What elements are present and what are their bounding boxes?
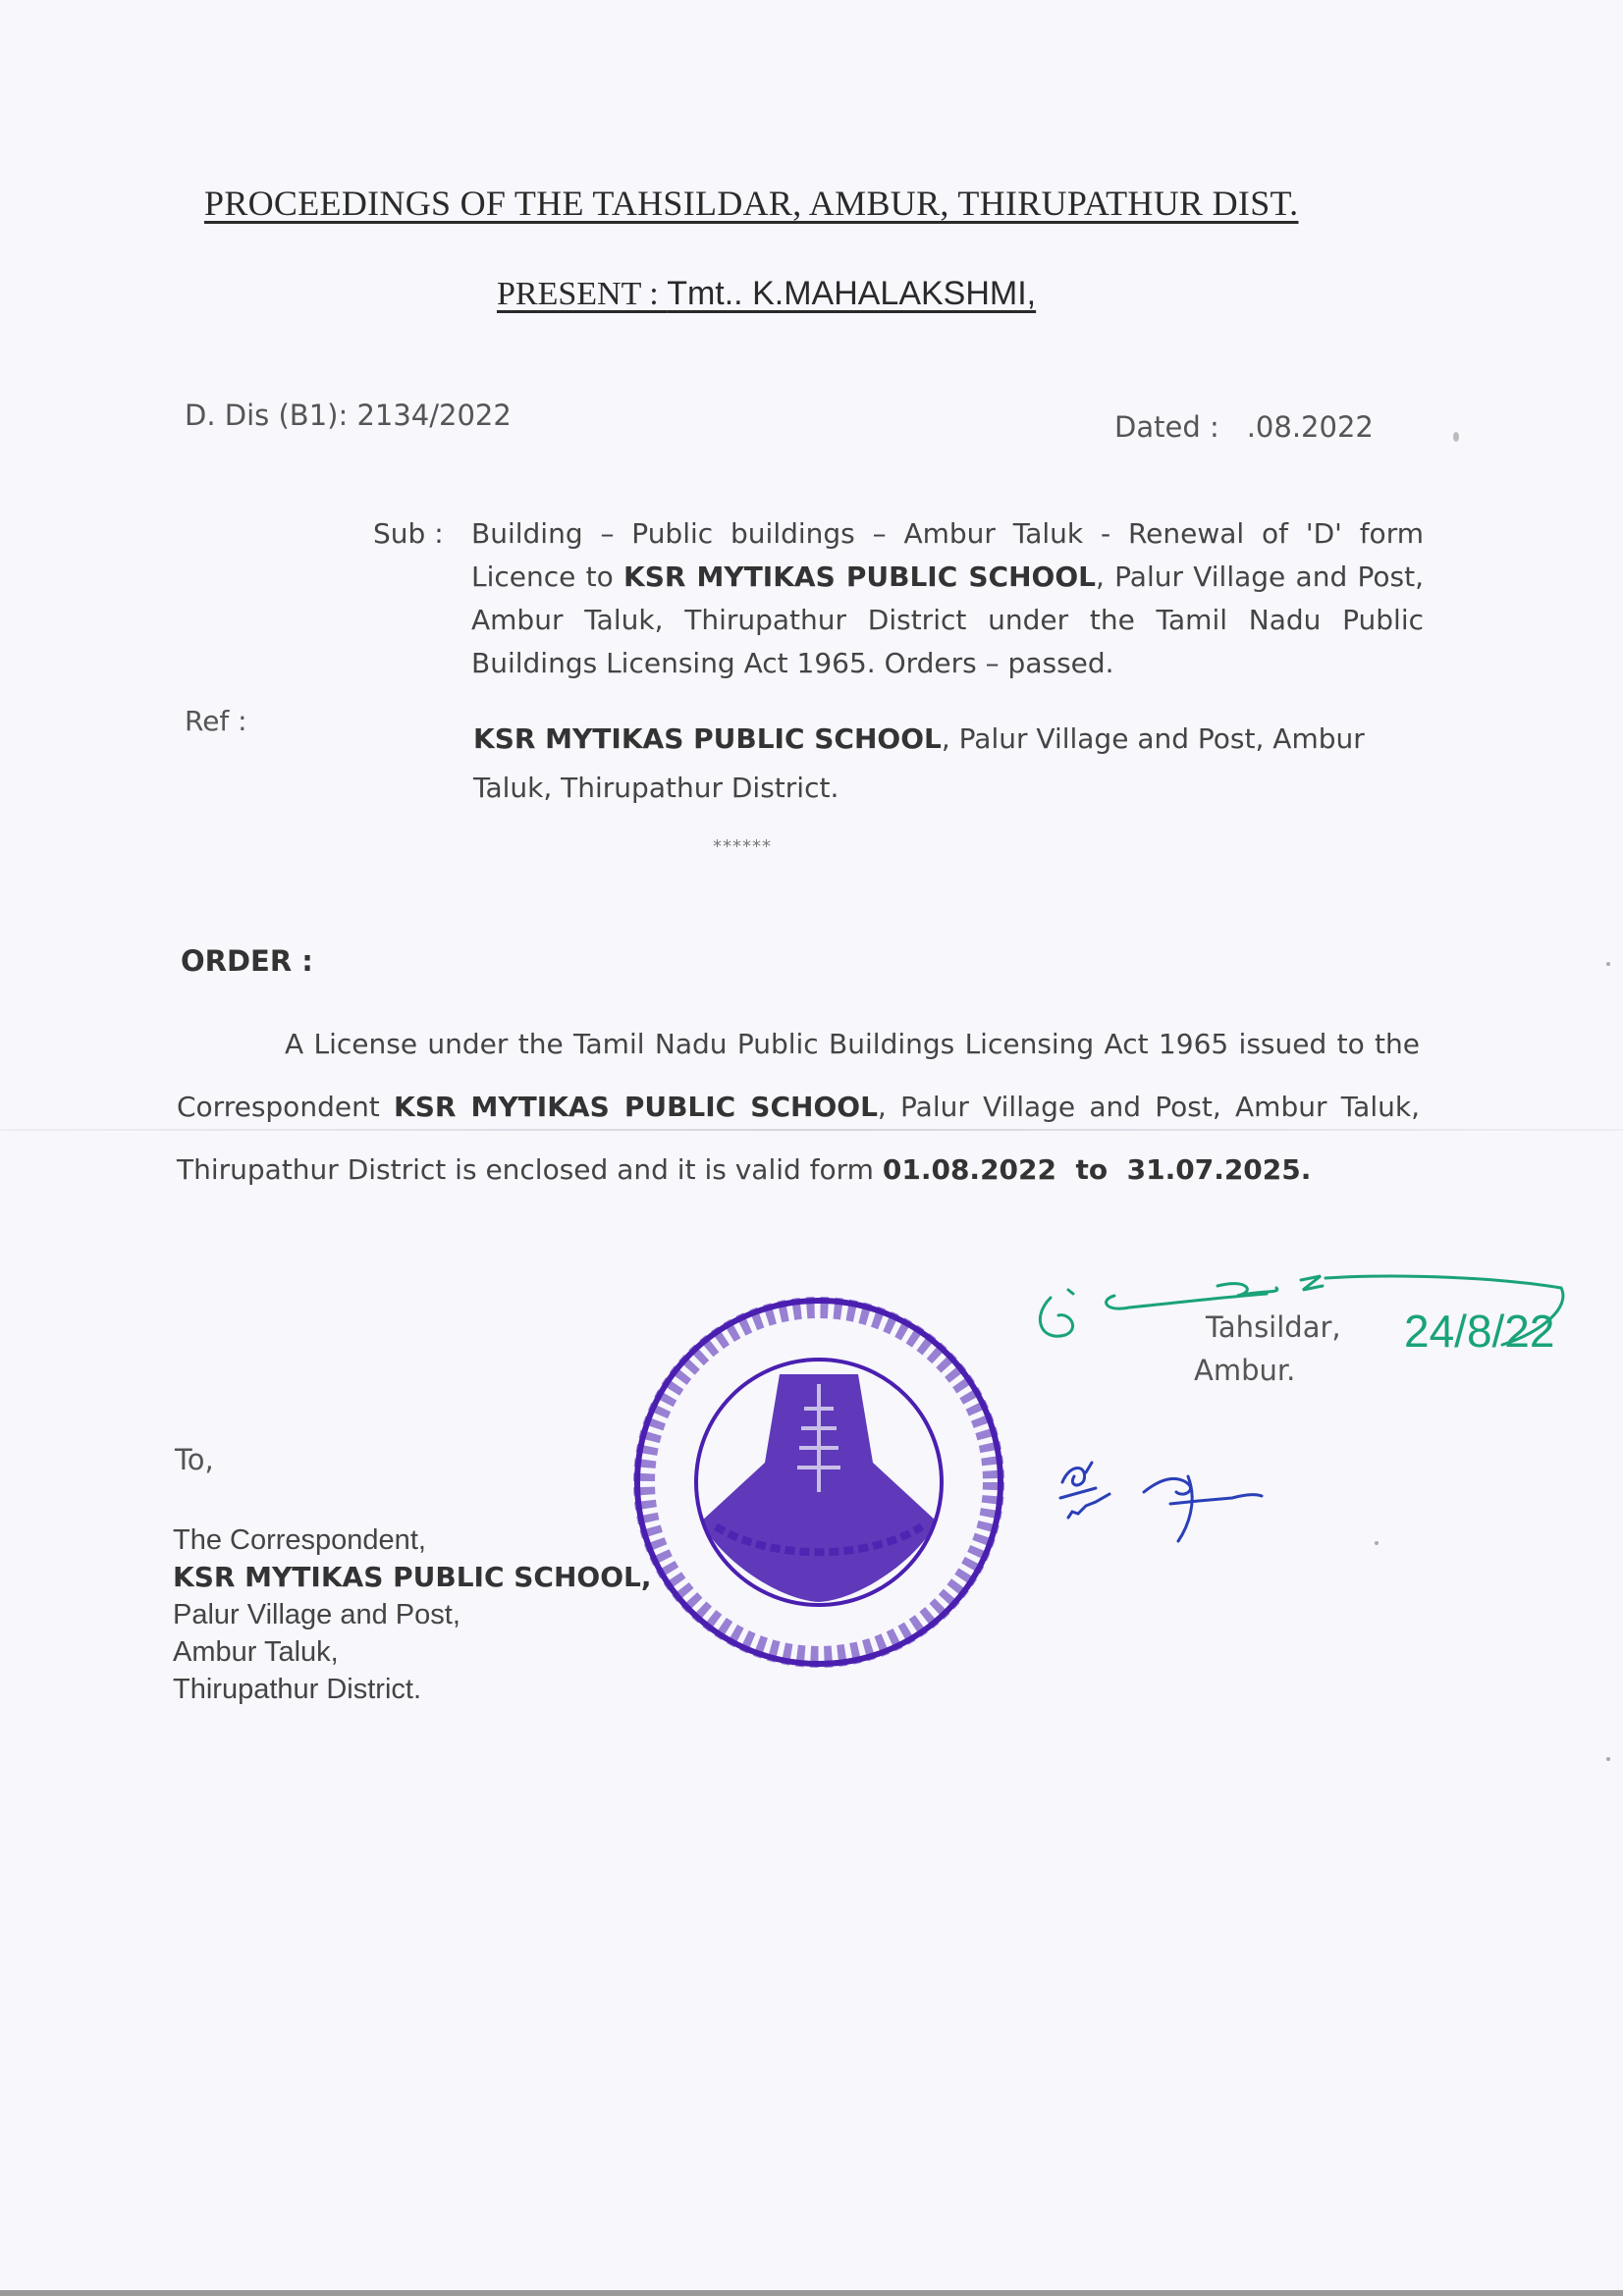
scan-speck bbox=[1453, 432, 1459, 442]
recipient-line-3: Palur Village and Post, bbox=[173, 1596, 652, 1633]
recipient-address: The Correspondent, KSR MYTIKAS PUBLIC SC… bbox=[173, 1522, 652, 1708]
recipient-line-5: Thirupathur District. bbox=[173, 1671, 652, 1708]
officer-name: Tmt.. K.MAHALAKSHMI, bbox=[667, 275, 1036, 312]
recipient-line-1: The Correspondent, bbox=[173, 1522, 652, 1559]
signatory-block: Tahsildar, Ambur. bbox=[1206, 1306, 1341, 1392]
document-title: PROCEEDINGS OF THE TAHSILDAR, AMBUR, THI… bbox=[204, 183, 1412, 224]
order-paragraph: A License under the Tamil Nadu Public Bu… bbox=[177, 1013, 1420, 1201]
recipient-line-4: Ambur Taluk, bbox=[173, 1633, 652, 1671]
recipient-school-name: KSR MYTIKAS PUBLIC SCHOOL, bbox=[173, 1559, 652, 1596]
scan-speck bbox=[1606, 1757, 1610, 1761]
order-school-name: KSR MYTIKAS PUBLIC SCHOOL bbox=[394, 1091, 878, 1123]
page-bottom-edge bbox=[0, 2290, 1623, 2296]
svg-text:24/8/22: 24/8/22 bbox=[1404, 1306, 1554, 1357]
dated-label: Dated : bbox=[1114, 410, 1219, 444]
valid-from-date: 01.08.2022 bbox=[883, 1153, 1056, 1186]
dated-value: .08.2022 bbox=[1247, 410, 1374, 444]
reference-number: D. Dis (B1): 2134/2022 bbox=[185, 399, 512, 432]
order-heading: ORDER : bbox=[181, 944, 313, 978]
to-label: To, bbox=[175, 1443, 214, 1476]
ref-label: Ref : bbox=[185, 705, 247, 737]
office-initials bbox=[1051, 1443, 1345, 1551]
scan-speck bbox=[1375, 1541, 1379, 1545]
valid-to-date: 31.07.2025. bbox=[1127, 1153, 1312, 1186]
ref-school-name: KSR MYTIKAS PUBLIC SCHOOL bbox=[473, 722, 942, 755]
scan-speck bbox=[1606, 962, 1610, 966]
dated-line: Dated :.08.2022 bbox=[1114, 410, 1374, 444]
present-label: PRESENT : bbox=[497, 276, 667, 312]
subject-school-name: KSR MYTIKAS PUBLIC SCHOOL bbox=[623, 561, 1096, 593]
official-seal-stamp bbox=[622, 1286, 1015, 1679]
subject-label: Sub : bbox=[373, 512, 444, 556]
present-officer: PRESENT : Tmt.. K.MAHALAKSHMI, bbox=[497, 275, 1036, 313]
to-word: to bbox=[1056, 1153, 1127, 1186]
signatory-place: Ambur. bbox=[1194, 1349, 1341, 1392]
subject-text: Building – Public buildings – Ambur Talu… bbox=[471, 512, 1424, 685]
ref-text: KSR MYTIKAS PUBLIC SCHOOL, Palur Village… bbox=[473, 715, 1424, 813]
signatory-designation: Tahsildar, bbox=[1206, 1306, 1341, 1349]
subject-block: Sub : Building – Public buildings – Ambu… bbox=[373, 512, 1424, 685]
separator: ****** bbox=[713, 836, 772, 857]
